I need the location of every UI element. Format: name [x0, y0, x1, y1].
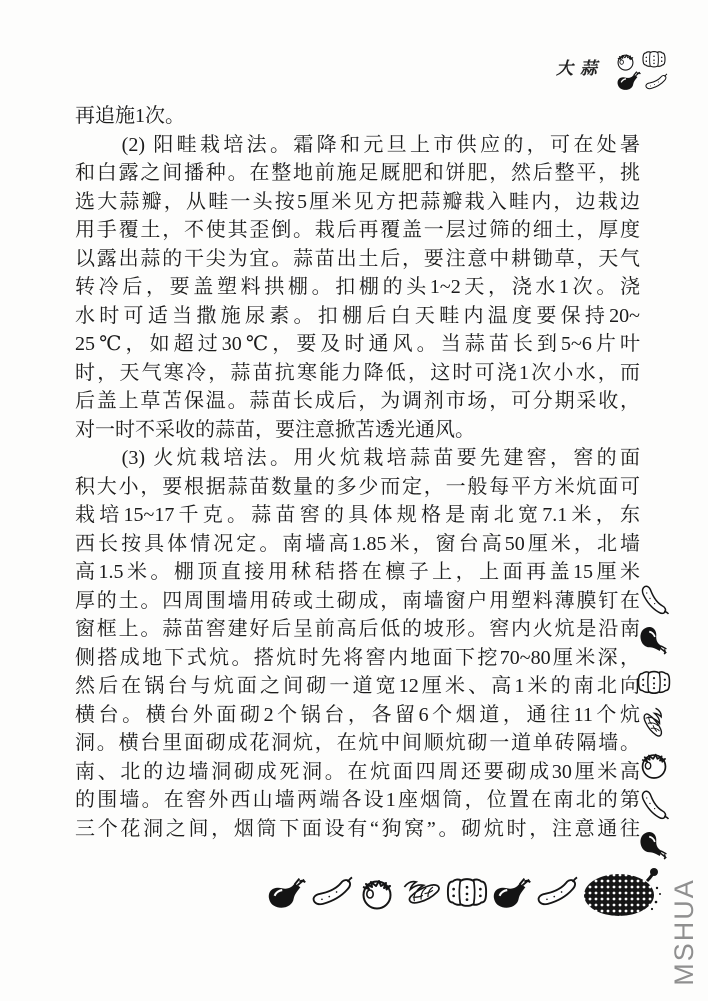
text-line: 洞。横台里面砌成花洞炕，在炕中间顺炕砌一道单砖隔墙。 — [75, 729, 640, 758]
text-line: 和白露之间播种。在整地前施足厩肥和饼肥，然后整平，挑 — [75, 159, 640, 188]
text-line: 选大蒜瓣，从畦一头按5厘米见方把蒜瓣栽入畦内，边栽边 — [75, 188, 640, 217]
corn-icon — [634, 703, 673, 742]
header-vegetable-logo — [613, 48, 673, 96]
text-line: 后盖上草苫保温。蒜苗长成后，为调剂市场，可分期采收， — [75, 387, 640, 416]
eggplant-icon — [634, 826, 673, 865]
cucumber-icon — [634, 580, 673, 619]
text-line: 西长按具体情况定。南墙高1.85米，窗台高50厘米，北墙 — [75, 530, 640, 559]
text-line: 栽培15~17千克。蒜苗窖的具体规格是南北宽7.1米，东 — [75, 501, 640, 530]
text-line: (2) 阳畦栽培法。霜降和元旦上市供应的，可在处暑 — [75, 131, 640, 160]
text-line: 窗框上。蒜苗窖建好后呈前高后低的坡形。窖内火炕是沿南 — [75, 615, 640, 644]
body-text-block: 再追施1次。 (2) 阳畦栽培法。霜降和元旦上市供应的，可在处暑和白露之间播种。… — [75, 102, 640, 843]
scanned-book-page: 大蒜 再追施1次。 (2) 阳畦栽培法。霜降和元旦上市供应的，可在处暑和白露之间… — [0, 0, 708, 1001]
text-line: (3) 火炕栽培法。用火炕栽培蒜苗要先建窖，窖的面 — [75, 444, 640, 473]
cucumber-icon — [311, 872, 353, 912]
tomato-icon — [356, 872, 398, 912]
eggplant-icon — [266, 872, 308, 912]
text-line: 侧搭成地下式炕。搭炕时先将窖内地面下挖70~80厘米深， — [75, 644, 640, 673]
text-line: 用手覆土，不使其歪倒。栽后再覆盖一层过筛的细土，厚度 — [75, 216, 640, 245]
text-line: 对一时不采收的蒜苗，要注意掀苫透光通风。 — [75, 416, 640, 445]
text-line: 时，天气寒冷，蒜苗抗寒能力降低，这时可浇1次小水，而 — [75, 359, 640, 388]
eggplant-icon — [491, 872, 533, 912]
watermark-text: MSHUA — [668, 872, 700, 992]
pumpkin-icon — [639, 48, 669, 70]
text-line: 积大小，要根据蒜苗数量的多少而定，一般每平方米炕面可 — [75, 473, 640, 502]
melon-icon — [581, 866, 665, 918]
text-line: 南、北的边墙洞砌成死洞。在炕面四周还要砌成30厘米高 — [75, 758, 640, 787]
eggplant-icon — [634, 621, 673, 660]
text-line: 水时可适当撒施尿素。扣棚后白天畦内温度要保持20~ — [75, 302, 640, 331]
text-line: 厚的土。四周围墙用砖或土砌成，南墙窗户用塑料薄膜钉在 — [75, 587, 640, 616]
corn-icon — [401, 872, 443, 912]
eggplant-icon — [615, 68, 643, 92]
text-line: 的围墙。在窖外西山墙两端各设1座烟筒，位置在南北的第 — [75, 786, 640, 815]
text-line: 高1.5米。棚顶直接用秫秸搭在檩子上，上面再盖15厘米 — [75, 558, 640, 587]
pumpkin-icon — [446, 872, 488, 912]
text-line: 转冷后，要盖塑料拱棚。扣棚的头1~2天，浇水1次。浇 — [75, 273, 640, 302]
text-line: 再追施1次。 — [75, 102, 640, 131]
pumpkin-icon — [637, 665, 671, 699]
page-header-book-title: 大蒜 — [556, 54, 604, 79]
cucumber-icon — [536, 872, 578, 912]
text-line: 横台。横台外面砌2个锅台，各留6个烟道，通往11个炕 — [75, 701, 640, 730]
tomato-icon — [637, 747, 671, 781]
bottom-icon-row — [266, 866, 665, 918]
text-line: 25℃，如超过30℃，要及时通风。当蒜苗长到5~6片叶 — [75, 330, 640, 359]
right-icon-column — [633, 583, 675, 863]
cucumber-icon — [641, 72, 671, 92]
text-line: 三个花洞之间，烟筒下面设有“狗窝”。砌炕时，注意通往 — [75, 815, 640, 844]
text-line: 然后在锅台与炕面之间砌一道宽12厘米、高1米的南北向 — [75, 672, 640, 701]
text-line: 以露出蒜的干尖为宜。蒜苗出土后，要注意中耕锄草，天气 — [75, 245, 640, 274]
cucumber-icon — [634, 785, 673, 824]
